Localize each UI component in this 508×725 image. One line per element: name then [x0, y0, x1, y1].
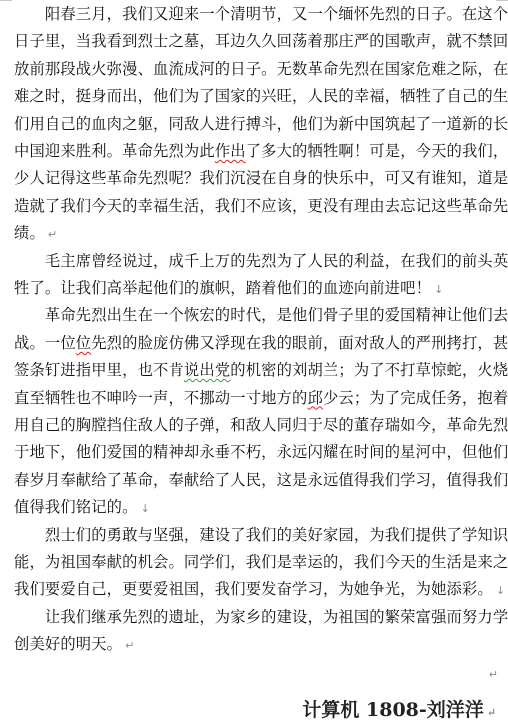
paragraph-mark-icon: ↵	[125, 639, 134, 652]
text-run: 中国迎来胜利。革命先烈为此	[14, 142, 215, 160]
text-line: 用自己的胸膛挡住敌人的子弹，和敌人同归于尽的董存瑞如今，革命先烈已长眠	[14, 413, 508, 437]
text-line: 战。一位位先烈的脸庞仿佛又浮现在我的眼前，面对敌人的严刑拷打，甚至把竹	[14, 331, 508, 355]
text-line: 放前那段战火弥漫、血流成河的日子。无数革命先烈在国家危难之际，在人民受	[14, 57, 508, 81]
text-line: 创美好的明天。↵	[14, 632, 135, 656]
page-corner-mark-left	[0, 0, 12, 1]
paragraph-mark-icon: ↓	[141, 502, 150, 515]
paragraph-mark-icon: ↵	[487, 706, 496, 719]
text-line: 牲了。让我们高举起他们的旗帜，踏着他们的血迹向前进吧！↓	[14, 276, 443, 300]
text-line: 难之时，挺身而出，他们为了国家的兴旺，人民的幸福，牺牲了自己的生命。他	[14, 84, 508, 108]
text-line: 于地下，他们爱国的精神却永垂不朽，永远闪耀在时间的星河中，但他们都把青	[14, 440, 508, 464]
text-line: 少人记得这些革命先烈呢？我们沉浸在自身的快乐中，可又有谁知，道是革命先烈	[14, 166, 508, 190]
paragraph-mark-icon: ↵	[48, 228, 57, 241]
text-line: 们用自己的血肉之躯，同敌人进行搏斗，他们为新中国筑起了一道新的长城，让新	[14, 112, 508, 136]
text-line: 中国迎来胜利。革命先烈为此作出了多大的牺牲啊！可是，今天的我们，又有多	[14, 139, 508, 163]
text-line: 能，为祖国奉献的机会。同学们，我们是幸运的，我们今天的生活是来之不易的，	[14, 550, 508, 574]
text-line: 阳春三月，我们又迎来一个清明节，又一个缅怀先烈的日子。在这个特殊的	[14, 2, 508, 26]
text-run: 先烈的脸庞仿佛又浮现在我的眼前，面对敌人的严刑拷打，甚至把竹	[91, 334, 508, 352]
text-run: 签条钉进指甲里，也不肯	[14, 361, 184, 379]
text-line: 春岁月奉献给了革命，奉献给了人民，这是永远值得我们学习，值得我们缅怀，	[14, 468, 508, 492]
text-run: 战。一位	[14, 334, 76, 352]
text-line: 日子里，当我看到烈士之墓，耳边久久回荡着那庄严的国歌声，就不禁回想起解	[14, 29, 508, 53]
text-line: 直至牺牲也不呻吟一声，不挪动一寸地方的邱少云；为了完成任务，抱着炸药包，	[14, 386, 508, 410]
paragraph-mark-icon: ↵	[489, 668, 498, 681]
text-line: 造就了我们今天的幸福生活，我们不应该，更没有理由去忘记这些革命先烈的伟	[14, 194, 508, 218]
page-corner-mark-right	[496, 0, 508, 1]
text-line: 烈士们的勇敢与坚强，建设了我们的美好家园，为我们提供了学知识，长才	[14, 523, 508, 547]
signature-text: 计算机 1808-刘洋洋	[302, 699, 483, 721]
text-line: 革命先烈出生在一个恢宏的时代，是他们骨子里的爱国精神让他们去浴血奋	[14, 303, 508, 327]
text-run: 了多大的牺牲啊！可是，今天的我们，又有多	[246, 142, 508, 160]
text-line: 绩。↵	[14, 221, 57, 245]
paragraph-mark-icon: ↓	[496, 584, 505, 597]
spelling-error-mark[interactable]: 位	[76, 334, 91, 352]
spelling-error-mark[interactable]: 作出	[215, 142, 246, 160]
text-run: 少云；为了完成任务，抱着炸药包，	[323, 389, 508, 407]
paragraph-mark-icon: ↓	[434, 283, 443, 296]
text-line: 让我们继承先烈的遗址，为家乡的建设，为祖国的繁荣富强而努力学习，共	[14, 605, 508, 629]
text-line: 毛主席曾经说过，成千上万的先烈为了人民的利益，在我们的前头英勇地牺	[14, 249, 508, 273]
text-line: 签条钉进指甲里，也不肯说出党的机密的刘胡兰；为了不打草惊蛇，火烧到身上，	[14, 358, 508, 382]
text-run: 的机密的刘胡兰；为了不打草惊蛇，火烧到身上，	[230, 361, 508, 379]
author-signature: 计算机 1808-刘洋洋↵	[302, 695, 496, 722]
grammar-error-mark[interactable]: 说出党	[184, 361, 230, 379]
text-run: 直至牺牲也不呻吟一声，不挪动一寸地方的	[14, 389, 308, 407]
text-line: 我们要爱自己，更要爱祖国，我们要发奋学习，为她争光，为她添彩。↓	[14, 577, 505, 601]
spelling-error-mark[interactable]: 邱	[308, 389, 323, 407]
text-line: 值得我们铭记的。↓	[14, 495, 150, 519]
